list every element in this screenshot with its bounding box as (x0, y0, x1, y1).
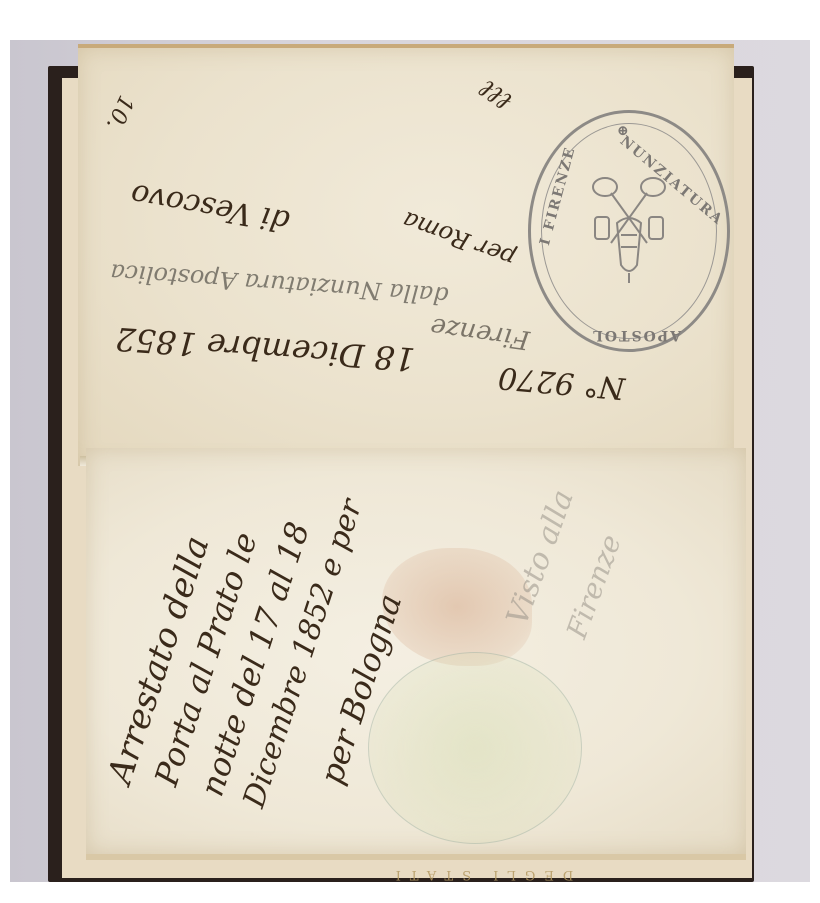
nunziatura-stamp: NUNZIATURA I FIRENZE APOSTOL ⊕ (528, 110, 730, 352)
cover-title: DEGLI STATI (280, 862, 680, 882)
faint-show-through-stamp (368, 652, 582, 844)
stamp-separator: ⊕ (617, 123, 631, 139)
stamp-text-bottom: APOSTOL (591, 327, 681, 343)
papal-keys-and-tiara-icon (591, 173, 667, 283)
